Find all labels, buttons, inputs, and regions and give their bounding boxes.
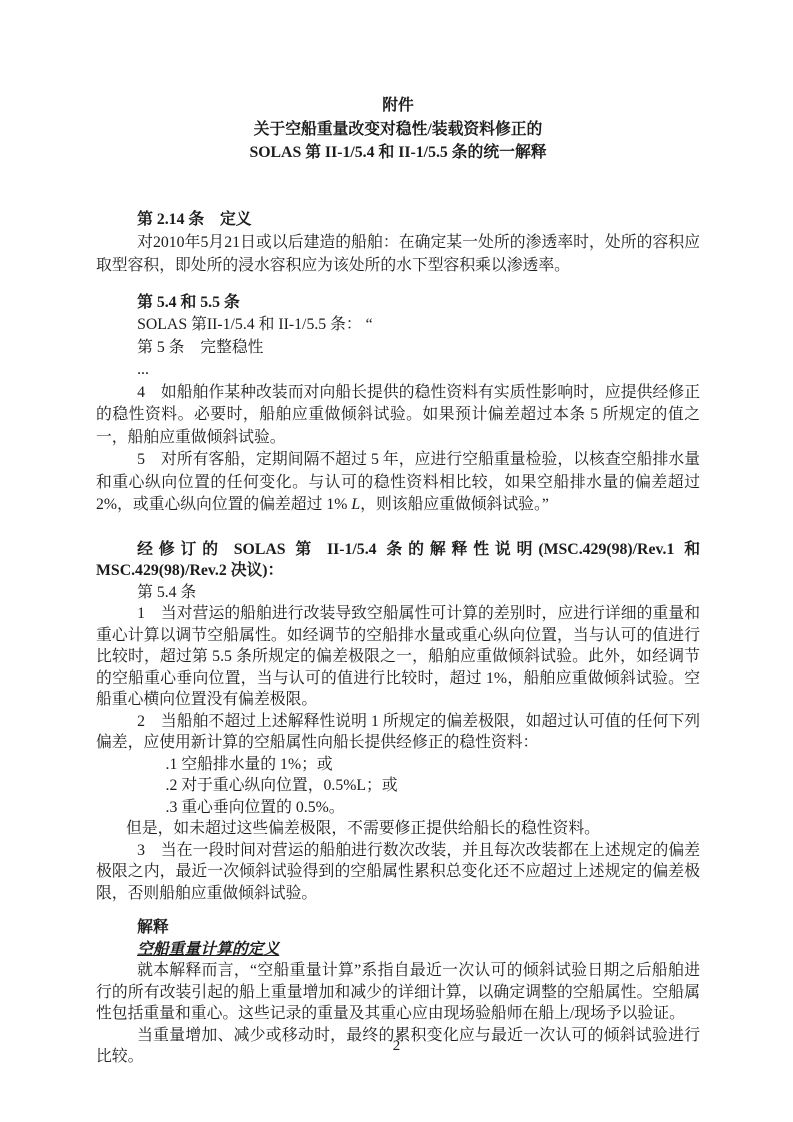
- interpretive-paragraph-1: 1 当对营运的船舶进行改装导致空船属性可计算的差别时，应进行详细的重量和重心计算…: [96, 603, 700, 711]
- ellipsis-line: ...: [96, 359, 700, 382]
- title-block: 附件 关于空船重量改变对稳性/装载资料修正的 SOLAS 第 II-1/5.4 …: [96, 94, 700, 165]
- document-content: 附件 关于空船重量改变对稳性/装载资料修正的 SOLAS 第 II-1/5.4 …: [96, 94, 700, 1068]
- interpretive-paragraph-3: 3 当在一段时间对营运的船舶进行数次改装，并且每次改装都在上述规定的偏差极限之内…: [96, 840, 700, 905]
- annex-label: 附件: [96, 94, 700, 118]
- regulation-2-14-body: 对2010年5月21日或以后建造的船舶：在确定某一处所的渗透率时，处所的容积应取…: [96, 231, 700, 277]
- document-page: 附件 关于空船重量改变对稳性/装载资料修正的 SOLAS 第 II-1/5.4 …: [0, 0, 793, 1122]
- interpretation-heading: 解释: [96, 917, 700, 939]
- interpretive-notes-heading: 经修订的 SOLAS 第 II-1/5.4 条的解释性说明(MSC.429(98…: [96, 539, 700, 582]
- deviation-list-item-1: .1 空船排水量的 1%；或: [96, 754, 700, 776]
- deviation-list-item-3: .3 重心垂向位置的 0.5%。: [96, 797, 700, 819]
- interpretation-paragraph-1: 就本解释而言，“空船重量计算”系指自最近一次认可的倾斜试验日期之后船舶进行的所有…: [96, 960, 700, 1025]
- regulation-5-4-line: 第 5.4 条: [96, 582, 700, 604]
- length-variable: L: [351, 496, 360, 513]
- paragraph-5: 5 对所有客船，定期间隔不超过 5 年，应进行空船重量检验，以核查空船排水量和重…: [96, 449, 700, 517]
- section-interpretive-notes: 经修订的 SOLAS 第 II-1/5.4 条的解释性说明(MSC.429(98…: [96, 539, 700, 905]
- document-title-line: 关于空船重量改变对稳性/装载资料修正的: [96, 118, 700, 142]
- regulation-5-title: 第 5 条 完整稳性: [96, 337, 700, 360]
- interpretive-paragraph-2: 2 当船舶不超过上述解释性说明 1 所规定的偏差极限，如超过认可值的任何下列偏差…: [96, 711, 700, 754]
- paragraph-4: 4 如船舶作某种改装而对向船长提供的稳性资料有实质性影响时，应提供经修正的稳性资…: [96, 382, 700, 450]
- lightweight-calculation-definition-subheading: 空船重量计算的定义: [96, 939, 700, 961]
- solas-reference-line: SOLAS 第II-1/5.4 和 II-1/5.5 条： “: [96, 314, 700, 337]
- deviation-note-line: 但是，如未超过这些偏差极限，不需要修正提供给船长的稳性资料。: [96, 818, 700, 840]
- paragraph-5-tail: ，则该船应重做倾斜试验。”: [360, 496, 549, 513]
- section-regulation-2-14: 第 2.14 条 定义 对2010年5月21日或以后建造的船舶：在确定某一处所的…: [96, 208, 700, 277]
- page-number: 2: [0, 1038, 793, 1055]
- document-title-regulation: SOLAS 第 II-1/5.4 和 II-1/5.5 条的统一解释: [96, 141, 700, 165]
- regulation-2-14-heading: 第 2.14 条 定义: [96, 208, 700, 231]
- deviation-list-item-2: .2 对于重心纵向位置，0.5%L；或: [96, 775, 700, 797]
- regulations-5-4-5-5-heading: 第 5.4 和 5.5 条: [96, 292, 700, 315]
- section-regulations-5-4-5-5: 第 5.4 和 5.5 条 SOLAS 第II-1/5.4 和 II-1/5.5…: [96, 292, 700, 517]
